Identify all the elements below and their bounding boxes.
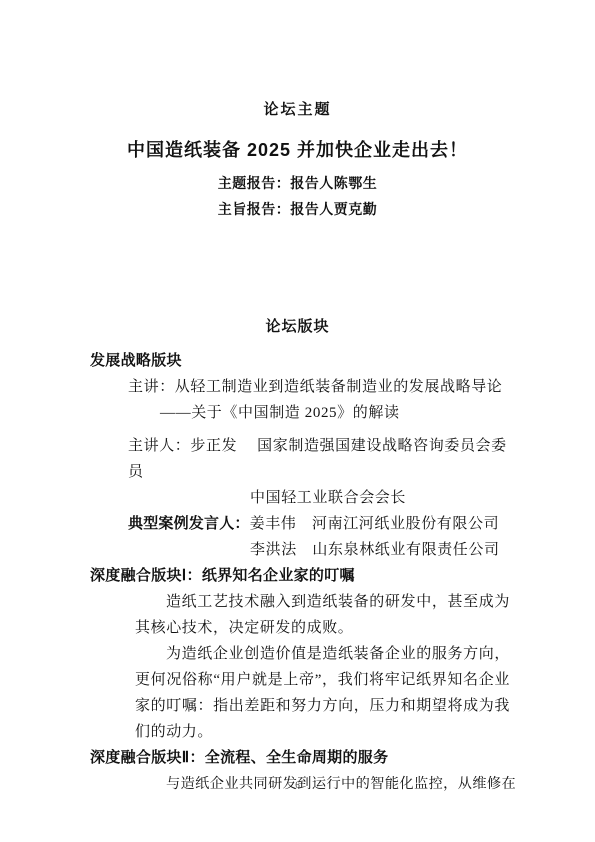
integration-1-heading: 深度融合版块Ⅰ：纸界知名企业家的叮嘱 [90, 563, 510, 589]
strategy-speaker-continuation: 中国轻工业联合会会长 [90, 485, 510, 511]
strategy-lecture-line: 主讲：从轻工制造业到造纸装备制造业的发展战略导论 [90, 374, 510, 400]
page-number: 6 [0, 780, 595, 790]
case-speaker-1: 姜丰伟 河南江河纸业股份有限公司 [250, 516, 500, 532]
forum-main-title: 中国造纸装备 2025 并加快企业走出去！ [0, 136, 595, 164]
case-speakers-label: 典型案例发言人： [128, 515, 250, 532]
strategy-section-heading: 发展战略版块 [90, 348, 510, 374]
integration-1-paragraph-2: 为造纸企业创造价值是造纸装备企业的服务方向，更何况俗称“用户就是上帝”，我们将牢… [135, 641, 510, 745]
keynote-report-line: 主旨报告：报告人贾克勤 [0, 199, 595, 220]
strategy-case-line-1: 典型案例发言人：姜丰伟 河南江河纸业股份有限公司 [90, 511, 510, 537]
strategy-case-line-2: 李洪法 山东泉林纸业有限责任公司 [90, 537, 510, 563]
document-page: 论坛主题 中国造纸装备 2025 并加快企业走出去！ 主题报告：报告人陈鄂生 主… [0, 0, 595, 842]
theme-report-line: 主题报告：报告人陈鄂生 [0, 173, 595, 194]
forum-sections-body: 发展战略版块 主讲：从轻工制造业到造纸装备制造业的发展战略导论 ——关于《中国制… [90, 348, 510, 797]
integration-2-heading: 深度融合版块Ⅱ：全流程、全生命周期的服务 [90, 745, 510, 771]
title-block: 论坛主题 中国造纸装备 2025 并加快企业走出去！ 主题报告：报告人陈鄂生 主… [0, 0, 595, 220]
strategy-speaker-line: 主讲人：步正发 国家制造强国建设战略咨询委员会委员 [90, 433, 510, 485]
forum-sections-title: 论坛版块 [0, 316, 595, 338]
strategy-lecture-subline: ——关于《中国制造 2025》的解读 [90, 400, 510, 426]
forum-theme-kicker: 论坛主题 [0, 100, 595, 120]
integration-1-paragraph-1: 造纸工艺技术融入到造纸装备的研发中，甚至成为其核心技术，决定研发的成败。 [135, 589, 510, 641]
